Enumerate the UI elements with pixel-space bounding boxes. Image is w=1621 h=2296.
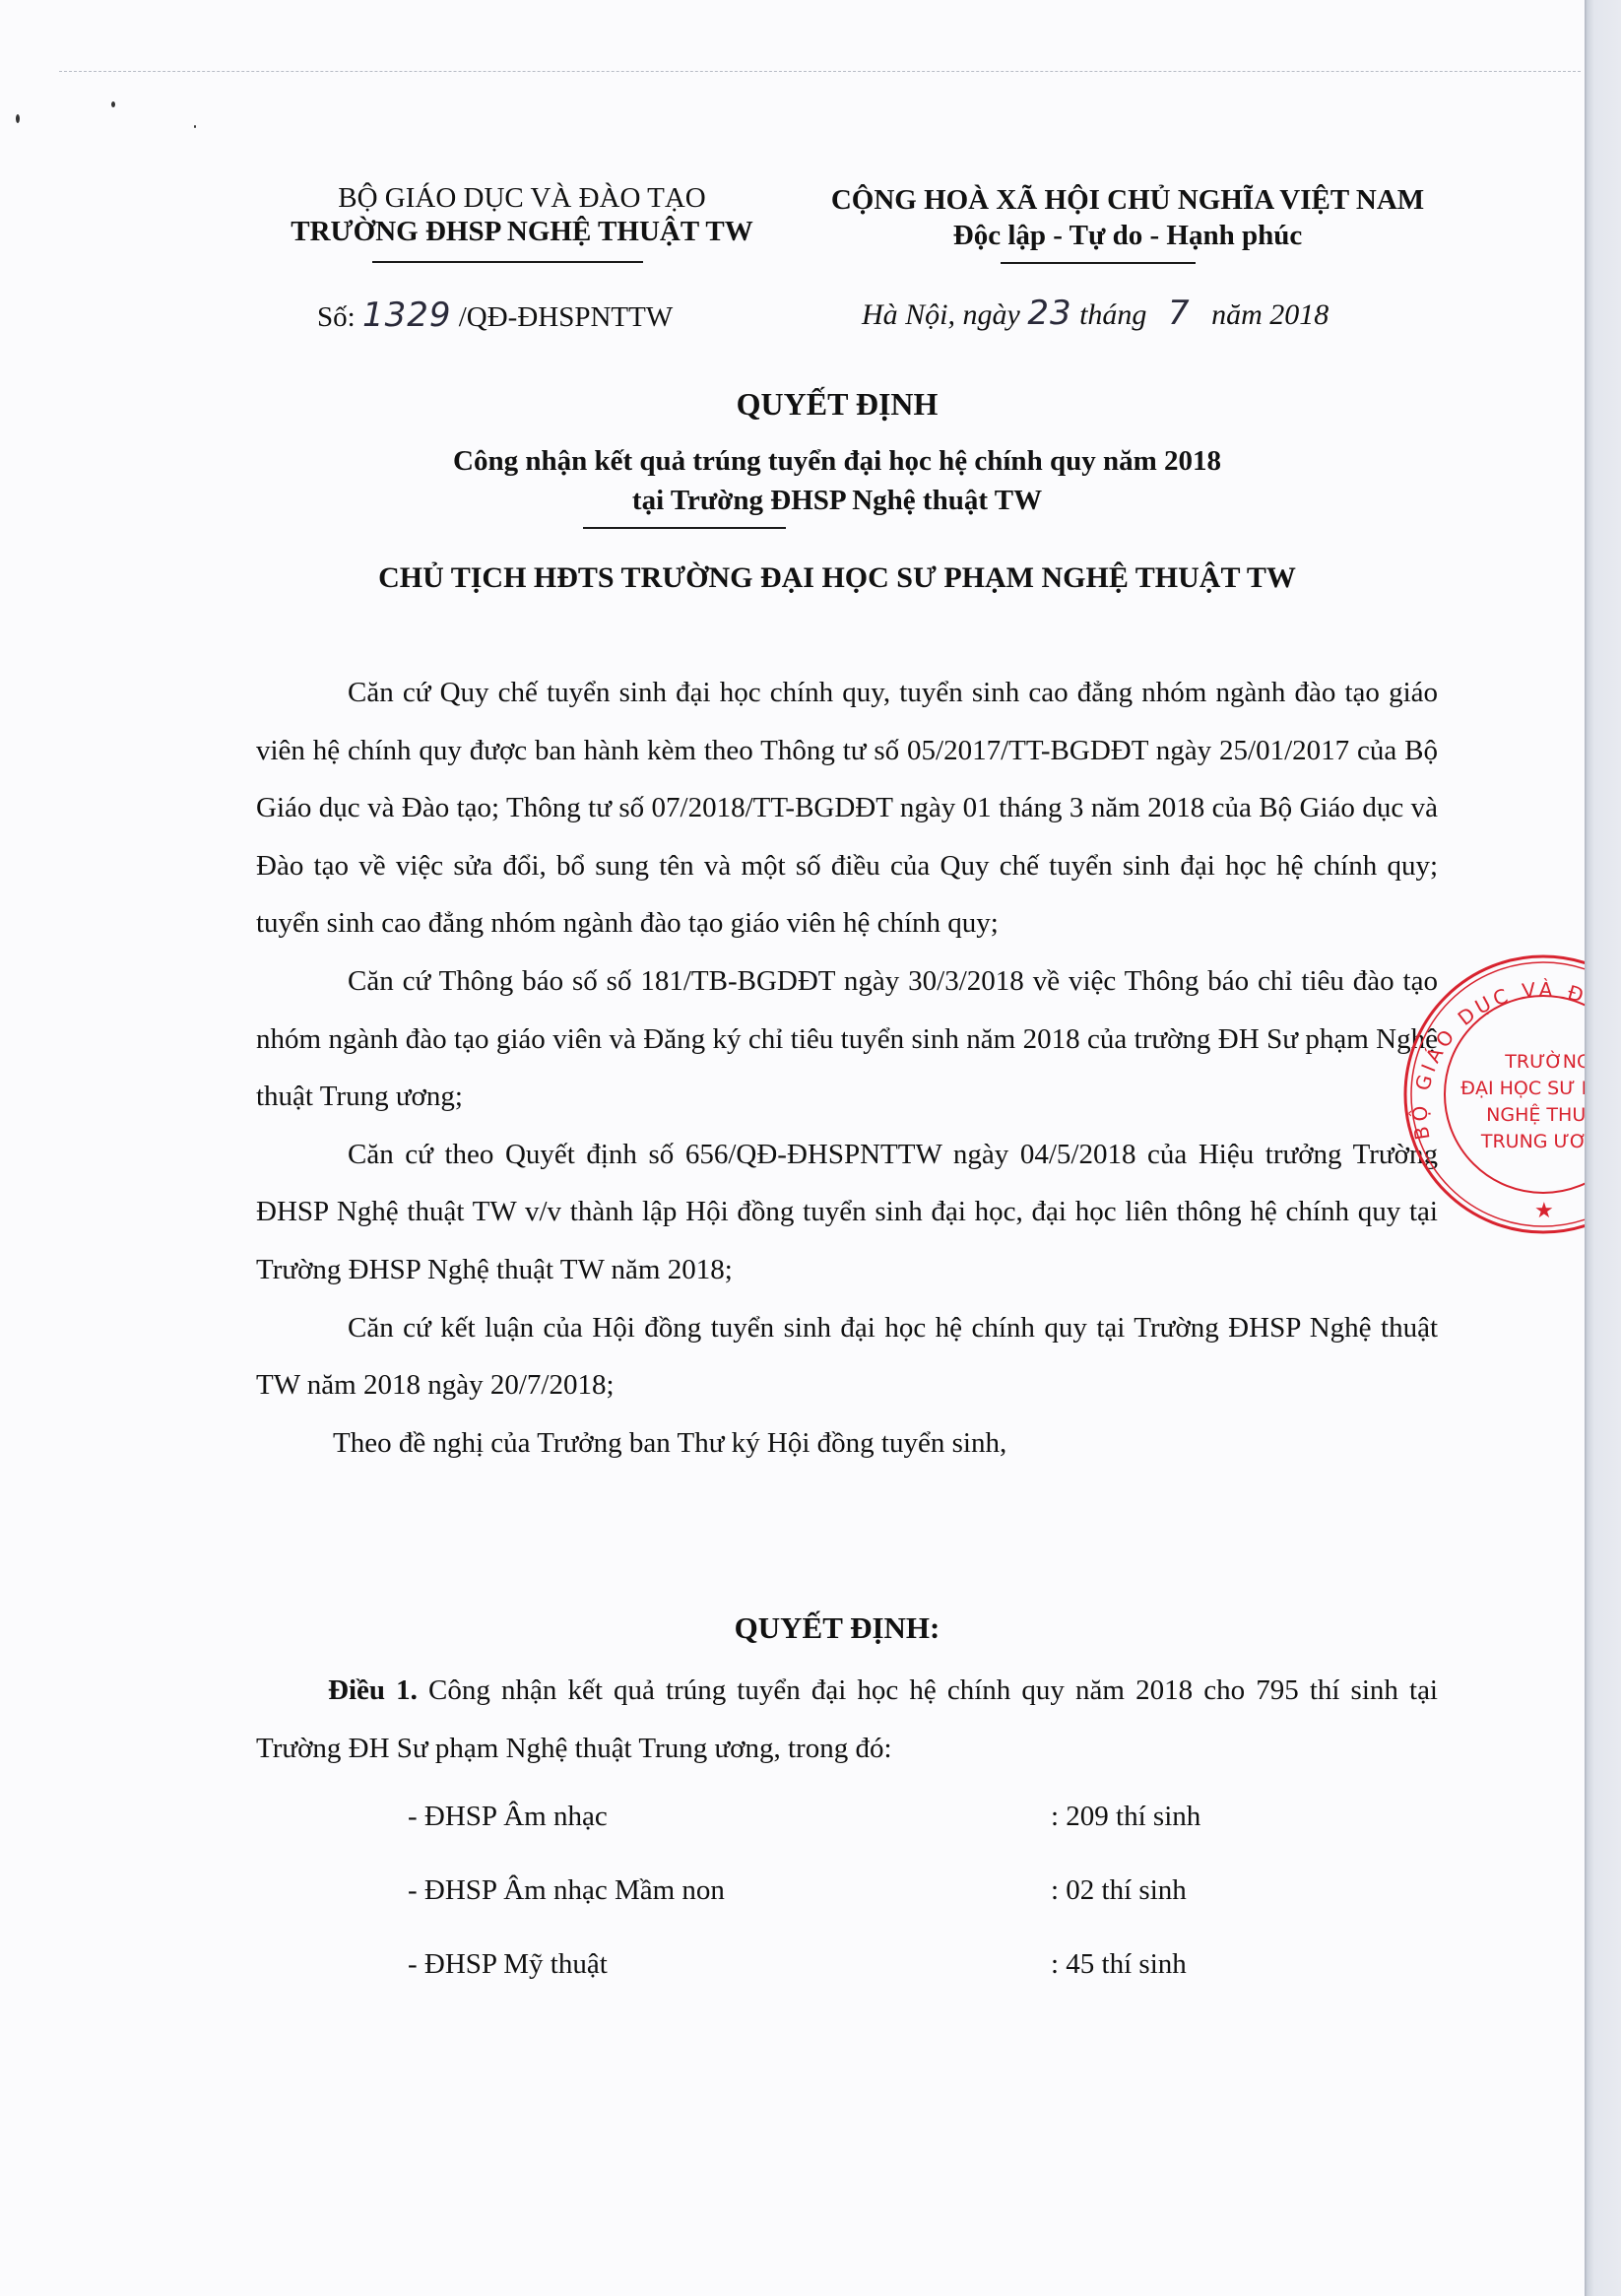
school-name-underline	[372, 261, 643, 263]
number-suffix: /QĐ-ĐHSPNTTW	[459, 301, 674, 333]
number-prefix: Số:	[317, 301, 356, 333]
scan-speck	[111, 101, 115, 107]
scan-artifact-line	[59, 71, 1581, 72]
decision-title: QUYẾT ĐỊNH	[295, 386, 1379, 423]
article-1: Điều 1. Công nhận kết quả trúng tuyển đạ…	[256, 1662, 1438, 1777]
list-item-count: : 02 thí sinh	[1051, 1874, 1187, 1907]
decision-heading: QUYẾT ĐỊNH:	[295, 1610, 1379, 1646]
article-1-text: Công nhận kết quả trúng tuyển đại học hệ…	[256, 1674, 1438, 1764]
preamble-paragraph: Căn cứ Quy chế tuyển sinh đại học chính …	[256, 664, 1438, 952]
list-item-count: : 45 thí sinh	[1051, 1948, 1187, 1981]
country-name: CỘNG HOÀ XÃ HỘI CHỦ NGHĨA VIỆT NAM	[803, 183, 1453, 217]
document-number: Số: 1329 /QĐ-ĐHSPNTTW	[317, 295, 673, 335]
issuing-authority: CHỦ TỊCH HĐTS TRƯỜNG ĐẠI HỌC SƯ PHẠM NGH…	[295, 561, 1379, 595]
date-day-handwritten: 23	[1027, 294, 1071, 333]
preamble-paragraph: Căn cứ theo Quyết định số 656/QĐ-ĐHSPNTT…	[256, 1126, 1438, 1299]
preamble: Căn cứ Quy chế tuyển sinh đại học chính …	[256, 664, 1438, 1472]
date-month-label: tháng	[1079, 298, 1146, 331]
preamble-paragraph: Theo đề nghị của Trưởng ban Thư ký Hội đ…	[256, 1414, 1438, 1473]
document-date: Hà Nội, ngày 23 tháng 7 năm 2018	[862, 294, 1329, 333]
scan-page-edge	[1585, 0, 1621, 2296]
number-handwritten: 1329	[362, 295, 452, 335]
scan-speck	[194, 125, 196, 128]
subtitle-underline	[583, 527, 786, 529]
motto: Độc lập - Tự do - Hạnh phúc	[803, 219, 1453, 252]
school-name: TRƯỜNG ĐHSP NGHỆ THUẬT TW	[266, 215, 778, 248]
article-1-label: Điều 1.	[328, 1674, 418, 1706]
date-place: Hà Nội, ngày	[862, 298, 1020, 331]
list-item-count: : 209 thí sinh	[1051, 1801, 1200, 1833]
scan-speck	[16, 114, 20, 123]
motto-underline	[1001, 262, 1196, 264]
preamble-paragraph: Căn cứ Thông báo số số 181/TB-BGDĐT ngày…	[256, 952, 1438, 1126]
preamble-paragraph: Căn cứ kết luận của Hội đồng tuyển sinh …	[256, 1299, 1438, 1414]
list-item: - ĐHSP Mỹ thuật	[408, 1948, 608, 1981]
date-month-handwritten: 7	[1168, 294, 1191, 333]
decision-subtitle-line2: tại Trường ĐHSP Nghệ thuật TW	[295, 485, 1379, 517]
list-item: - ĐHSP Âm nhạc	[408, 1801, 608, 1833]
list-item: - ĐHSP Âm nhạc Mầm non	[408, 1874, 725, 1907]
ministry-name: BỘ GIÁO DỤC VÀ ĐÀO TẠO	[266, 181, 778, 215]
date-year: năm 2018	[1211, 298, 1329, 331]
decision-subtitle-line1: Công nhận kết quả trúng tuyển đại học hệ…	[295, 445, 1379, 478]
